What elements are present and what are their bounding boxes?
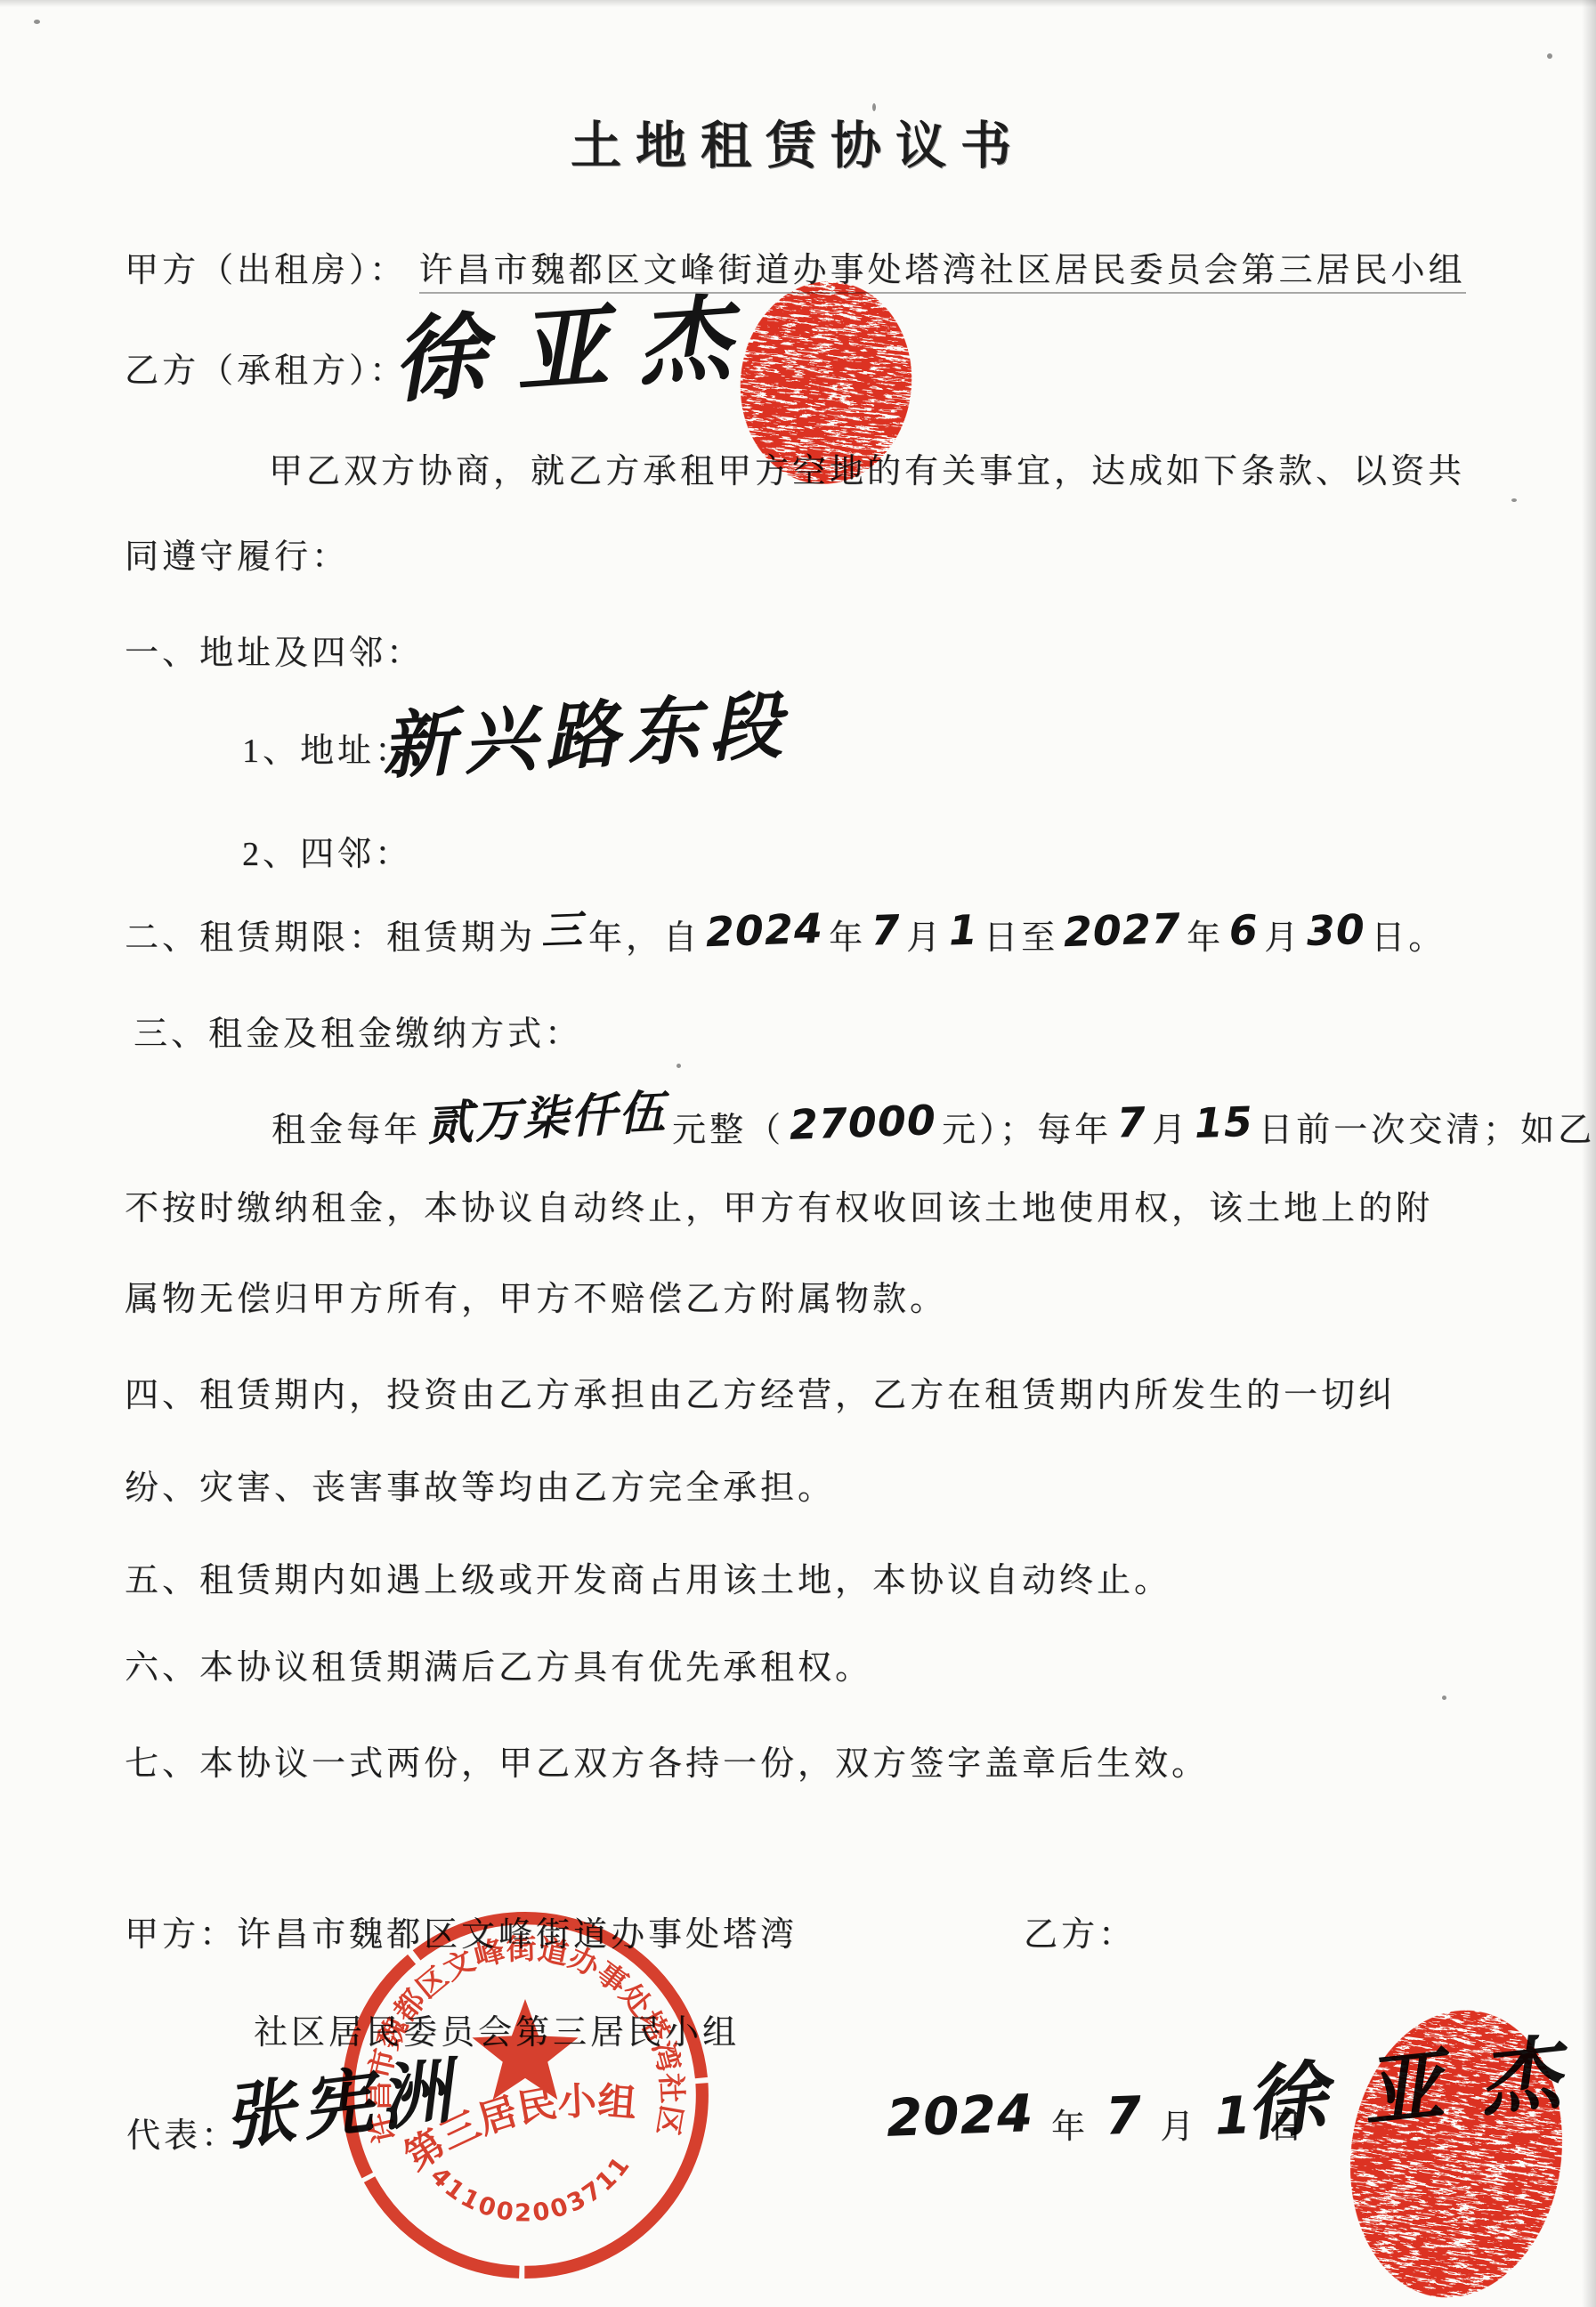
pay-day-handwritten: 15	[1194, 1097, 1254, 1147]
section-6-line: 六、本协议租赁期满后乙方具有优先承租权。	[125, 1639, 872, 1688]
party-b-signature-handwritten: 徐亚杰	[387, 262, 764, 421]
section-1-item-2: 2、四邻：	[242, 826, 412, 875]
address-handwritten: 新兴路东段	[378, 668, 792, 793]
start-year-handwritten: 2024	[705, 904, 824, 957]
term-text: 日至	[984, 919, 1058, 957]
section-7-line: 七、本协议一式两份，甲乙双方各持一份，双方签字盖章后生效。	[125, 1736, 1209, 1785]
scan-speck	[676, 1064, 681, 1068]
term-years-handwritten: 三	[540, 897, 584, 958]
section-4-line-2: 纷、灾害、丧害事故等均由乙方完全承担。	[125, 1460, 835, 1509]
rent-text: 元）；每年	[942, 1112, 1112, 1149]
document-title: 土地租赁协议书	[0, 105, 1596, 178]
section-2-line: 二、租赁期限：租赁期为三年，自2024年7月1日至2027年6月30日。	[125, 903, 1446, 961]
section-4-line-1: 四、租赁期内，投资由乙方承担由乙方经营，乙方在租赁期内所发生的一切纠	[125, 1367, 1396, 1416]
party-b-line: 乙方（承租方）：	[125, 343, 407, 392]
date-month-unit: 月	[1160, 2109, 1197, 2146]
rent-text: 月	[1152, 1112, 1189, 1149]
start-day-handwritten: 1	[948, 905, 979, 954]
footer-party-b-label: 乙方：	[1024, 1906, 1136, 1955]
section-5-line: 五、租赁期内如遇上级或开发商占用该土地，本协议自动终止。	[125, 1552, 1171, 1601]
term-text: 年	[1187, 919, 1224, 957]
rent-amount-handwritten: 贰万柒仟伍	[425, 1074, 668, 1153]
term-text: 月	[1264, 919, 1301, 957]
scanned-lease-agreement-page: 土地租赁协议书 甲方（出租房）： 许昌市魏都区文峰街道办事处塔湾社区居民委员会第…	[0, 0, 1596, 2307]
rent-text: 日前一次交清；如乙方	[1259, 1112, 1596, 1149]
rent-amount-line: 租金每年贰万柒仟伍元整（27000元）；每年7月15日前一次交清；如乙方	[271, 1088, 1596, 1154]
section-3-heading: 三、租金及租金缴纳方式：	[134, 1006, 582, 1055]
scan-speck	[34, 20, 40, 24]
term-text: 日。	[1371, 919, 1446, 957]
scan-speck	[1547, 53, 1552, 59]
rent-text: 元整（	[672, 1112, 784, 1149]
rent-clause-line-3: 属物无偿归甲方所有，甲方不赔偿乙方附属物款。	[125, 1271, 947, 1320]
term-text: 月	[906, 919, 944, 957]
date-year-handwritten: 2024	[886, 2083, 1035, 2149]
term-text: 年，自	[588, 919, 701, 957]
representative-label: 代表：	[126, 2108, 239, 2157]
party-a-label: 甲方（出租房）：	[125, 252, 407, 289]
end-year-handwritten: 2027	[1063, 904, 1182, 957]
date-line: 2024 年 7 月 1 日	[881, 2090, 1307, 2150]
date-month-handwritten: 7	[1105, 2084, 1144, 2146]
scan-speck	[1511, 498, 1517, 502]
pay-month-handwritten: 7	[1116, 1097, 1147, 1146]
rent-clause-line-2: 不按时缴纳租金，本协议自动终止，甲方有权收回该土地使用权，该土地上的附	[125, 1180, 1433, 1229]
scan-edge-shading-top	[0, 0, 1596, 7]
term-text: 年	[829, 919, 866, 957]
date-year-unit: 年	[1051, 2109, 1089, 2146]
section-1-heading: 一、地址及四邻：	[125, 625, 424, 674]
scan-speck	[1442, 1696, 1446, 1700]
term-text: 二、租赁期限：租赁期为	[125, 919, 536, 957]
start-month-handwritten: 7	[871, 905, 902, 954]
preamble-line-2: 同遵守履行：	[125, 529, 349, 578]
rent-amount-digits-handwritten: 27000	[789, 1096, 937, 1149]
rent-text: 租金每年	[271, 1112, 421, 1149]
party-b-label: 乙方（承租方）：	[125, 352, 407, 390]
end-month-handwritten: 6	[1228, 905, 1260, 954]
end-day-handwritten: 30	[1306, 905, 1366, 955]
